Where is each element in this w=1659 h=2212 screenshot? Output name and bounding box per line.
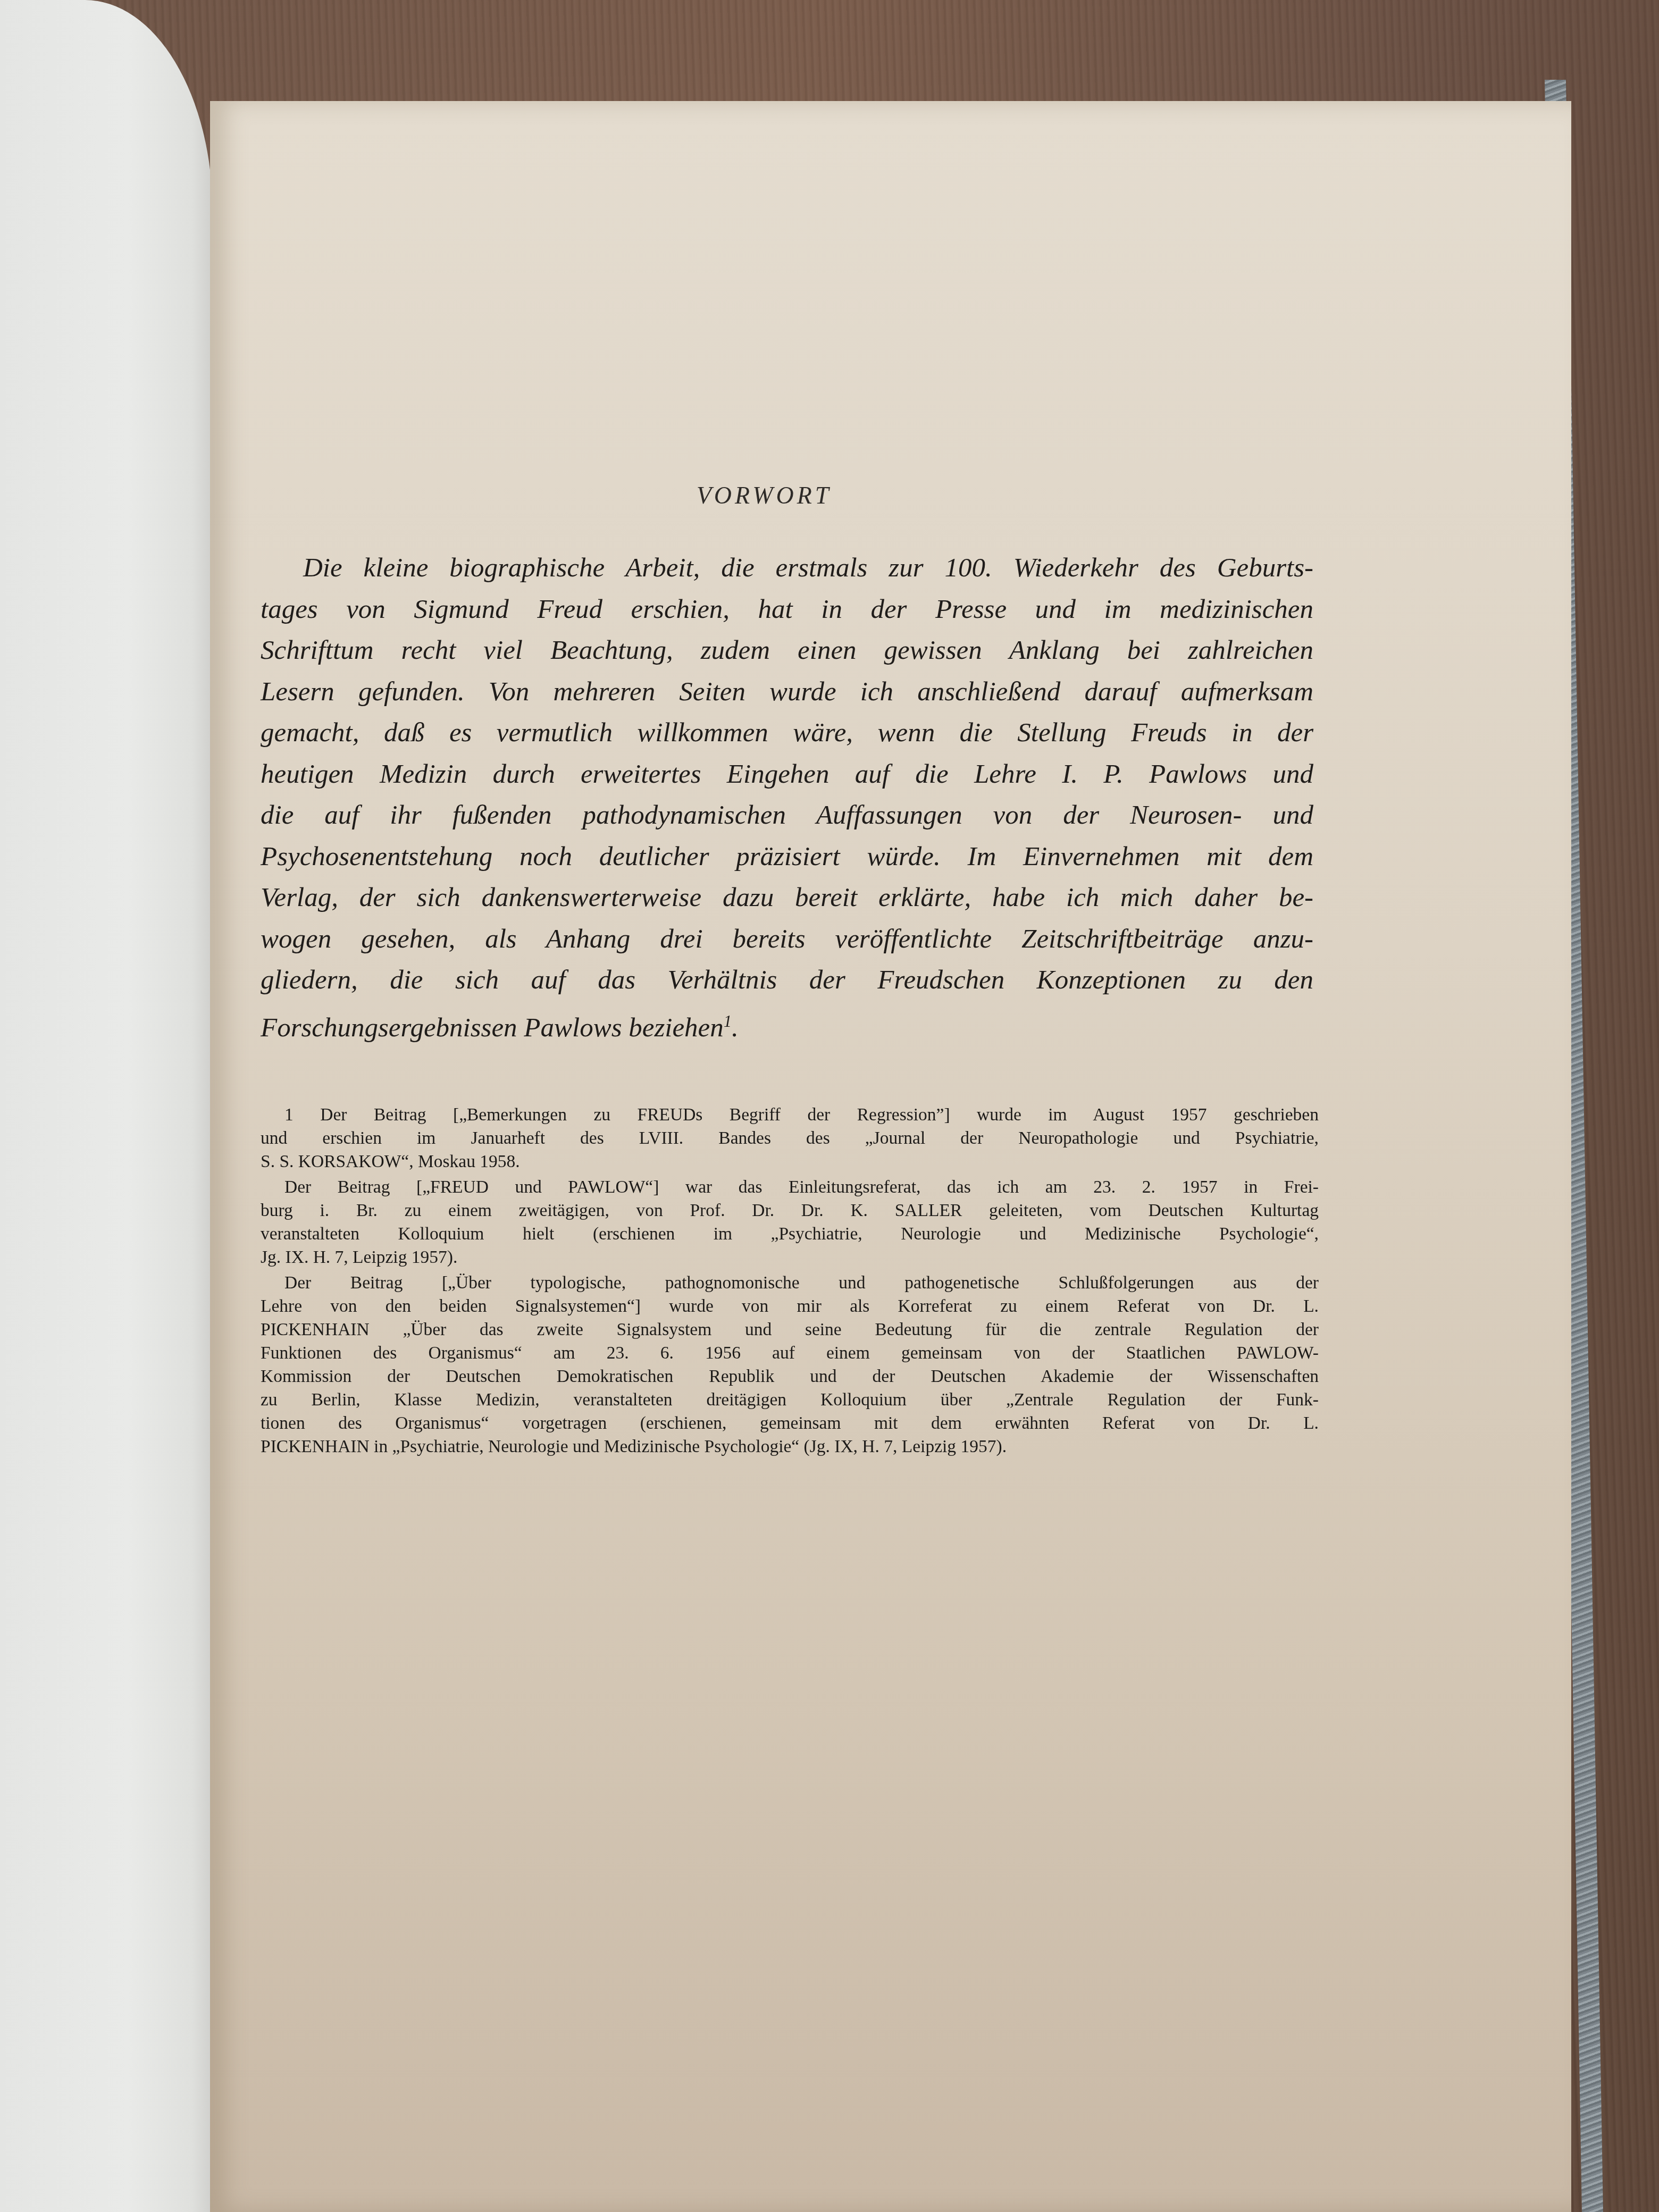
page-title: VORWORT xyxy=(697,481,832,509)
footnote-paragraph-3: Der Beitrag [„Über typologische, pathogn… xyxy=(261,1271,1319,1459)
body-line: wogen gesehen, als Anhang drei bereits v… xyxy=(261,919,1313,960)
body-line: Psychosenentstehung noch deutlicher präz… xyxy=(261,836,1313,878)
footnote-line: Funktionen des Organismus“ am 23. 6. 195… xyxy=(261,1342,1319,1365)
footnote-line: Jg. IX. H. 7, Leipzig 1957). xyxy=(261,1246,1319,1269)
body-line: Die kleine biographische Arbeit, die ers… xyxy=(261,548,1313,589)
body-line: die auf ihr fußenden pathodynamischen Au… xyxy=(261,795,1313,836)
body-line: heutigen Medizin durch erweitertes Einge… xyxy=(261,754,1313,795)
footnote-line: tionen des Organismus“ vorgetragen (ersc… xyxy=(261,1412,1319,1435)
footnote-line: PICKENHAIN in „Psychiatrie, Neurologie u… xyxy=(261,1435,1319,1459)
body-line-last: Forschungsergebnissen Pawlows beziehen1. xyxy=(261,1001,1313,1049)
footnote-line: 1 Der Beitrag [„Bemerkungen zu FREUDs Be… xyxy=(261,1103,1319,1127)
preface-body: Die kleine biographische Arbeit, die ers… xyxy=(261,548,1313,1049)
body-line: Lesern gefunden. Von mehreren Seiten wur… xyxy=(261,672,1313,713)
body-line: gliedern, die sich auf das Verhältnis de… xyxy=(261,960,1313,1001)
footnotes: 1 Der Beitrag [„Bemerkungen zu FREUDs Be… xyxy=(261,1103,1319,1461)
footnote-line: burg i. Br. zu einem zweitägigen, von Pr… xyxy=(261,1199,1319,1222)
body-line: tages von Sigmund Freud erschien, hat in… xyxy=(261,589,1313,631)
footnote-line: Lehre von den beiden Signalsystemen“] wu… xyxy=(261,1295,1319,1318)
body-end-punctuation: . xyxy=(732,1013,739,1043)
footnote-line: PICKENHAIN „Über das zweite Signalsystem… xyxy=(261,1318,1319,1342)
footnote-line: Der Beitrag [„Über typologische, pathogn… xyxy=(261,1271,1319,1295)
footnote-line: veranstalteten Kolloquium hielt (erschie… xyxy=(261,1222,1319,1246)
footnote-line: und erschien im Januarheft des LVIII. Ba… xyxy=(261,1127,1319,1150)
footnote-line: Kommission der Deutschen Demokratischen … xyxy=(261,1365,1319,1388)
body-line: Verlag, der sich dankenswerterweise dazu… xyxy=(261,877,1313,919)
body-line: Schrifttum recht viel Beachtung, zudem e… xyxy=(261,630,1313,672)
footnote-paragraph-2: Der Beitrag [„FREUD und PAWLOW“] war das… xyxy=(261,1176,1319,1269)
footnote-line: S. S. KORSAKOW“, Moskau 1958. xyxy=(261,1150,1319,1174)
body-line: gemacht, daß es vermutlich willkommen wä… xyxy=(261,713,1313,754)
footnote-line: Der Beitrag [„FREUD und PAWLOW“] war das… xyxy=(261,1176,1319,1199)
footnote-marker: 1 xyxy=(724,1012,732,1030)
body-line: Forschungsergebnissen Pawlows beziehen xyxy=(261,1013,724,1043)
footnote-line: zu Berlin, Klasse Medizin, veranstaltete… xyxy=(261,1388,1319,1412)
left-page-blank xyxy=(0,0,213,2212)
footnote-paragraph-1: 1 Der Beitrag [„Bemerkungen zu FREUDs Be… xyxy=(261,1103,1319,1174)
